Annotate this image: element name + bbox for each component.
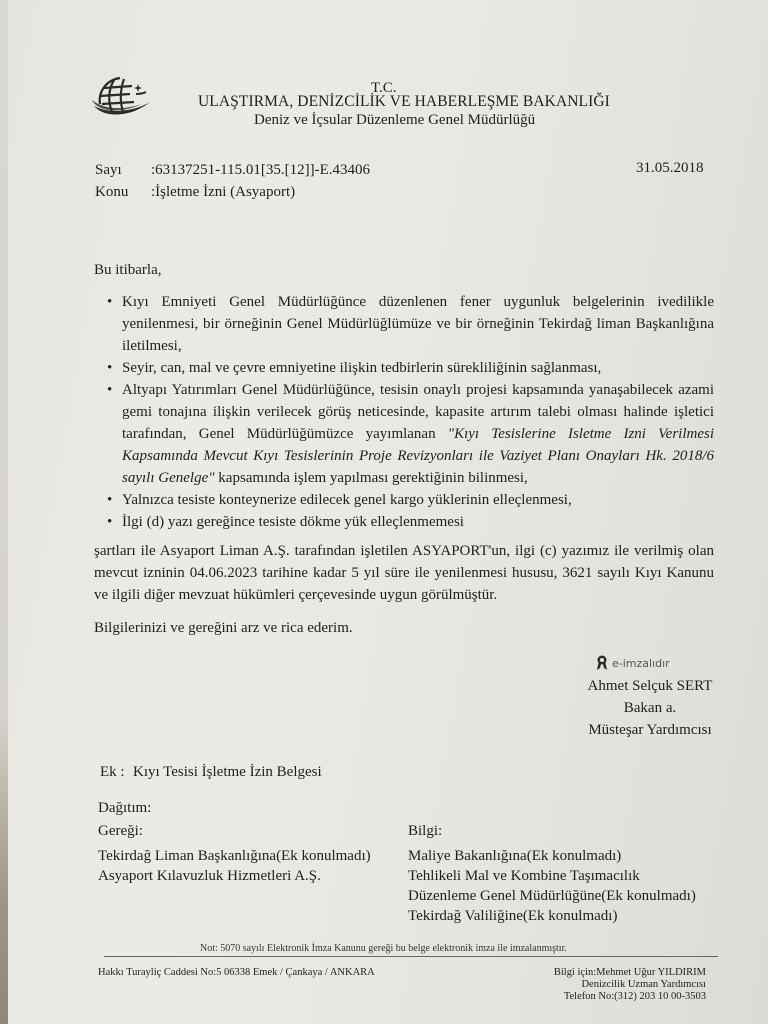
attachment-label: Ek : — [100, 762, 125, 782]
gerekli-item: Tekirdağ Liman Başkanlığına(Ek konulmadı… — [98, 846, 371, 866]
bilgi-item: Tehlikeli Mal ve Kombine Taşımacılık — [408, 866, 640, 886]
konu-value: :İşletme İzni (Asyaport) — [151, 184, 295, 201]
document-date: 31.05.2018 — [636, 160, 704, 177]
e-signature-note: Not: 5070 sayılı Elektronik İmza Kanunu … — [200, 943, 567, 954]
e-signature-badge: e-imzalıdır — [596, 655, 670, 671]
signatory-on-behalf: Bakan a. — [560, 697, 740, 719]
header-ministry: ULAŞTIRMA, DENİZCİLİK VE HABERLEŞME BAKA… — [198, 93, 610, 111]
bilgi-item: Maliye Bakanlığına(Ek konulmadı) — [408, 846, 621, 866]
intro-text: Bu itibarla, — [94, 259, 162, 281]
bilgi-label: Bilgi: — [408, 821, 442, 841]
globe-ministry-logo-icon — [90, 72, 152, 120]
header-directorate: Deniz ve İçsular Düzenleme Genel Müdürlü… — [254, 112, 535, 129]
list-item: Altyapı Yatırımları Genel Müdürlüğünce, … — [112, 379, 714, 489]
bilgi-item: Tekirdağ Valiliğine(Ek konulmadı) — [408, 906, 617, 926]
ribbon-badge-icon — [596, 655, 608, 671]
list-item: Kıyı Emniyeti Genel Müdürlüğünce düzenle… — [112, 291, 714, 357]
bilgi-item: Düzenleme Genel Müdürlüğüne(Ek konulmadı… — [408, 886, 696, 906]
conditions-list: Kıyı Emniyeti Genel Müdürlüğünce düzenle… — [112, 291, 714, 533]
footer-divider — [104, 956, 718, 957]
contact-person: Bilgi için:Mehmet Uğur YILDIRIM — [520, 967, 706, 979]
gerekli-label: Gereği: — [98, 821, 143, 841]
konu-label: Konu — [95, 184, 128, 201]
list-item: Yalnızca tesiste konteynerize edilecek g… — [112, 489, 714, 511]
footer-address: Hakkı Turayliç Caddesi No:5 06338 Emek /… — [98, 967, 375, 978]
sayi-value: :63137251-115.01[35.[12]]-E.43406 — [151, 162, 370, 179]
closing-text: Bilgilerinizi ve gereğini arz ve rica ed… — [94, 617, 353, 639]
signatory-title: Müsteşar Yardımcısı — [560, 719, 740, 741]
conclusion-paragraph: şartları ile Asyaport Liman A.Ş. tarafın… — [94, 540, 714, 606]
distribution-heading: Dağıtım: — [98, 798, 151, 818]
list-item: İlgi (d) yazı gereğince tesiste dökme yü… — [112, 511, 714, 533]
footer-contact: Bilgi için:Mehmet Uğur YILDIRIM Denizcil… — [520, 967, 706, 1003]
gerekli-item: Asyaport Kılavuzluk Hizmetleri A.Ş. — [98, 866, 321, 886]
contact-title: Denizcilik Uzman Yardımcısı — [520, 979, 706, 991]
list-item: Seyir, can, mal ve çevre emniyetine iliş… — [112, 357, 714, 379]
signatory-name: Ahmet Selçuk SERT — [560, 675, 740, 697]
contact-phone: Telefon No:(312) 203 10 00-3503 — [520, 991, 706, 1003]
sayi-label: Sayı — [95, 162, 122, 179]
attachment-value: Kıyı Tesisi İşletme İzin Belgesi — [133, 762, 322, 782]
